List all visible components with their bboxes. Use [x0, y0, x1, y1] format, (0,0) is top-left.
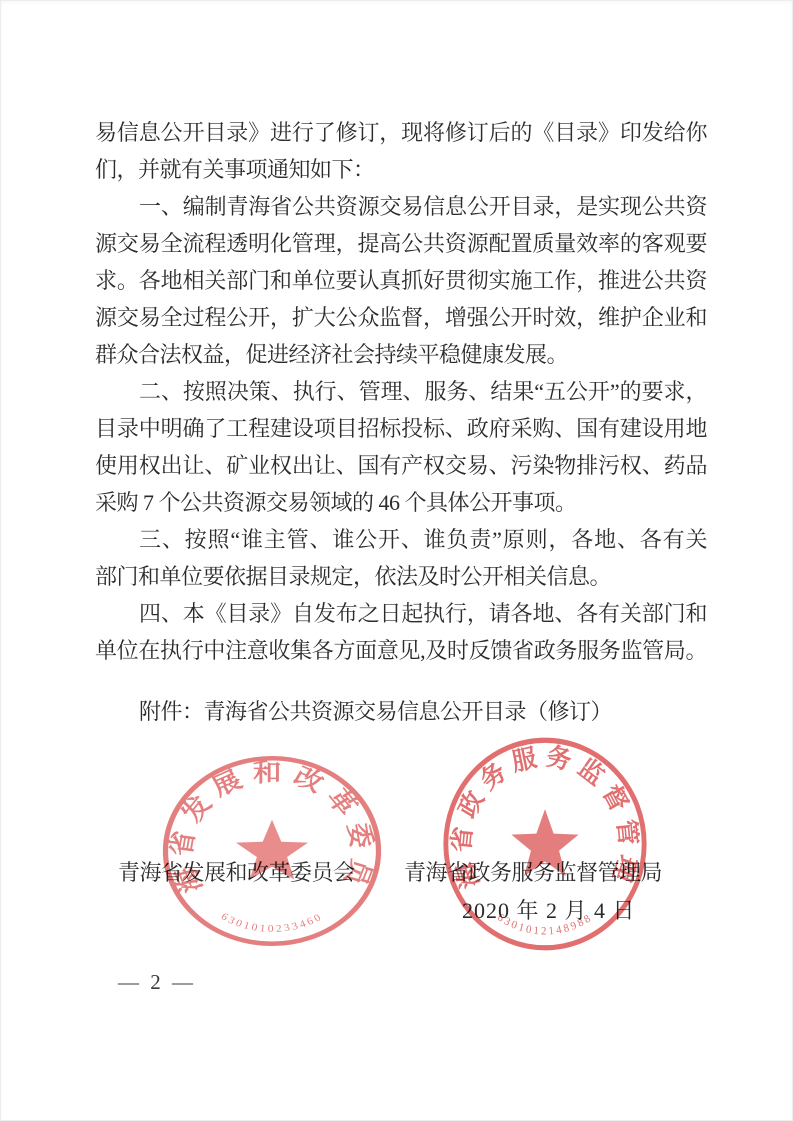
seal-arc-text: 青海省发展和改革委员会	[156, 750, 379, 896]
svg-text:青海省发展和改革委员会: 青海省发展和改革委员会	[156, 750, 379, 896]
seal-code: 6301012148988	[495, 911, 595, 937]
body-line: 们，并就有关事项通知如下：	[95, 151, 707, 188]
svg-text:青海省政务服务监督管理局: 青海省政务服务监督管理局	[437, 731, 643, 892]
body-line: 求。各地相关部门和单位要认真抓好贯彻实施工作，推进公共资	[95, 262, 707, 299]
page-number: — 2 —	[118, 970, 196, 995]
star-icon	[236, 820, 308, 880]
document-body: 易信息公开目录》进行了修订，现将修订后的《目录》印发给你 们，并就有关事项通知如…	[95, 114, 707, 752]
seal-arc-text: 青海省政务服务监督管理局	[437, 731, 643, 892]
body-line: 三、按照“谁主管、谁公开、谁负责”原则，各地、各有关	[95, 521, 707, 558]
body-line: 四、本《目录》自发布之日起执行，请各地、各有关部门和	[95, 595, 707, 632]
body-line: 易信息公开目录》进行了修订，现将修订后的《目录》印发给你	[95, 114, 707, 151]
body-line: 部门和单位要依据目录规定，依法及时公开相关信息。	[95, 558, 707, 595]
seal-code: 6301010233460	[219, 911, 326, 935]
body-line: 源交易全流程透明化管理，提高公共资源配置质量效率的客观要	[95, 225, 707, 262]
body-line: 目录中明确了工程建设项目招标投标、政府采购、国有建设用地	[95, 410, 707, 447]
svg-text:6301010233460: 6301010233460	[219, 911, 326, 935]
body-line: 二、按照决策、执行、管理、服务、结果“五公开”的要求，	[95, 373, 707, 410]
star-icon	[511, 809, 578, 876]
attachment-line: 附件：青海省公共资源交易信息公开目录（修订）	[95, 693, 707, 730]
page-sheet: 易信息公开目录》进行了修订，现将修订后的《目录》印发给你 们，并就有关事项通知如…	[0, 0, 793, 1121]
body-line: 单位在执行中注意收集各方面意见,及时反馈省政务服务监管局。	[95, 632, 707, 669]
body-line: 使用权出让、矿业权出让、国有产权交易、污染物排污权、药品	[95, 447, 707, 484]
scanned-document-page: { "page": { "number_label": "— 2 —" }, "…	[0, 0, 793, 1121]
svg-text:6301012148988: 6301012148988	[495, 911, 595, 937]
official-seal-right: 青海省政务服务监督管理局 6301012148988	[437, 731, 653, 957]
body-line: 一、编制青海省公共资源交易信息公开目录，是实现公共资	[95, 188, 707, 225]
body-line: 源交易全过程公开，扩大公众监督，增强公开时效，维护企业和	[95, 299, 707, 336]
body-line: 采购 7 个公共资源交易领域的 46 个具体公开事项。	[95, 484, 707, 521]
body-line: 群众合法权益，促进经济社会持续平稳健康发展。	[95, 336, 707, 373]
official-seal-left: 青海省发展和改革委员会 6301010233460	[156, 750, 388, 952]
